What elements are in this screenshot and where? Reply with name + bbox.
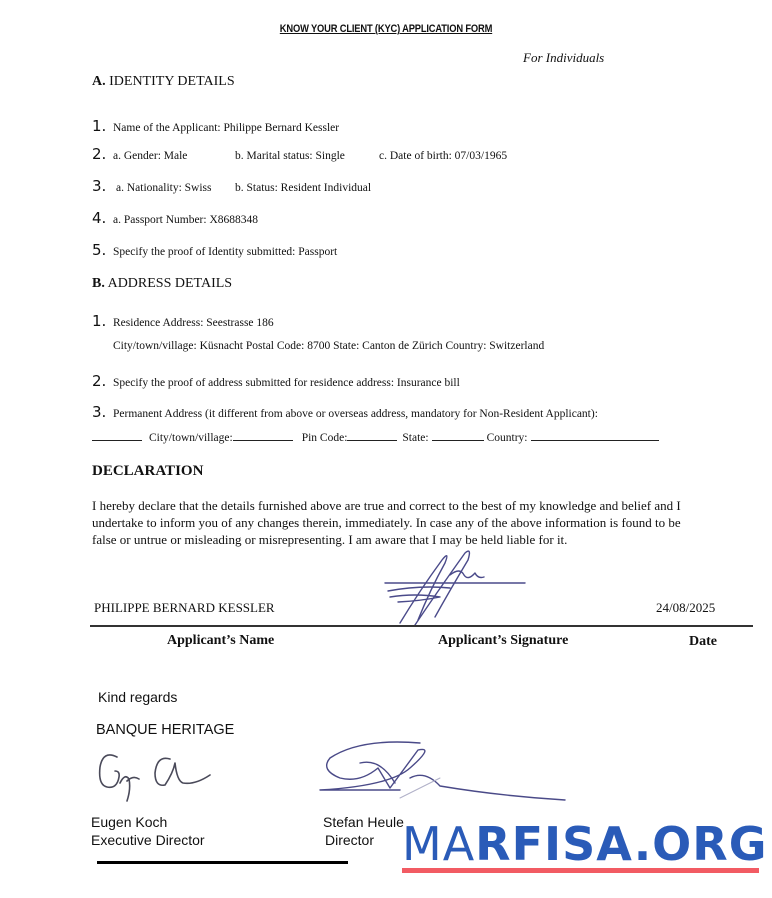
section-a-heading: A. IDENTITY DETAILS [92, 74, 235, 90]
status-field: b. Status: Resident Individual [235, 182, 371, 194]
form-subtitle: For Individuals [523, 50, 604, 66]
address-item-proof: 2. Specify the proof of address submitte… [92, 372, 460, 390]
address-item-residence: 1. Residence Address: Seestrasse 186 [92, 312, 274, 330]
item-number: 3. [92, 403, 113, 421]
marfisa-watermark-logo: MARFISA.ORG [402, 815, 767, 873]
state-label: State: [402, 432, 428, 444]
logo-underline [402, 868, 759, 873]
logo-text-tail: .ORG [634, 817, 768, 871]
section-b-title: ADDRESS DETAILS [108, 276, 233, 291]
address-proof-field: Specify the proof of address submitted f… [113, 377, 460, 389]
marital-status-field: b. Marital status: Single [235, 150, 379, 162]
permanent-address-label: Permanent Address (it different from abo… [113, 408, 598, 420]
signatory-2-title: Director [325, 832, 374, 848]
closing-salutation: Kind regards [98, 689, 177, 705]
signature-date-value: 24/08/2025 [656, 600, 715, 616]
address-item-permanent: 3. Permanent Address (it different from … [92, 403, 598, 421]
signatory-2-name: Stefan Heule [323, 814, 404, 830]
gender-field: a. Gender: Male [113, 150, 235, 162]
signature-divider [90, 625, 753, 627]
identity-item-proof: 5. Specify the proof of Identity submitt… [92, 241, 337, 259]
form-title: KNOW YOUR CLIENT (KYC) APPLICATION FORM [58, 23, 714, 35]
passport-number-field: a. Passport Number: X8688348 [113, 214, 258, 226]
item-number: 2. [92, 145, 113, 163]
item-number: 4. [92, 209, 113, 227]
signatory-1-title: Executive Director [91, 832, 205, 848]
executive-director-signature [95, 745, 225, 805]
declaration-text: I hereby declare that the details furnis… [92, 497, 682, 548]
declaration-heading: DECLARATION [92, 463, 203, 480]
applicant-name-field: Name of the Applicant: Philippe Bernard … [113, 122, 339, 134]
state-blank[interactable] [432, 439, 484, 441]
identity-item-name: 1. Name of the Applicant: Philippe Berna… [92, 117, 339, 135]
applicant-name-caption: Applicant’s Name [167, 633, 274, 649]
address-line-blank[interactable] [92, 439, 142, 441]
logo-text-thin: MA [402, 817, 475, 871]
identity-item-nationality: 3. a. Nationality: Swiss b. Status: Resi… [92, 177, 371, 195]
city-blank[interactable] [233, 439, 293, 441]
country-label: Country: [487, 432, 528, 444]
director-signature [300, 738, 570, 808]
pin-code-blank[interactable] [347, 439, 397, 441]
item-number: 2. [92, 372, 113, 390]
identity-item-passport: 4. a. Passport Number: X8688348 [92, 209, 258, 227]
closing-rule [97, 861, 348, 864]
identity-item-personal: 2. a. Gender: Male b. Marital status: Si… [92, 145, 507, 163]
city-label: City/town/village: [149, 432, 233, 444]
section-b-heading: B. ADDRESS DETAILS [92, 276, 232, 292]
country-blank[interactable] [531, 439, 659, 441]
address-item-city: City/town/village: Küsnacht Postal Code:… [92, 340, 544, 352]
residence-address-field: Residence Address: Seestrasse 186 [113, 317, 274, 329]
date-caption: Date [689, 634, 717, 650]
bank-name: BANQUE HERITAGE [96, 722, 234, 738]
item-number: 3. [92, 177, 116, 195]
applicant-name-value: PHILIPPE BERNARD KESSLER [94, 600, 275, 616]
item-number: 1. [92, 312, 113, 330]
applicant-signature-caption: Applicant’s Signature [438, 633, 568, 649]
section-b-letter: B. [92, 276, 105, 291]
city-postal-state-country-field: City/town/village: Küsnacht Postal Code:… [113, 340, 544, 352]
nationality-field: a. Nationality: Swiss [116, 182, 235, 194]
section-a-title: IDENTITY DETAILS [109, 74, 235, 89]
pin-code-label: Pin Code: [302, 432, 348, 444]
permanent-address-blanks: City/town/village: Pin Code: State: Coun… [92, 432, 662, 444]
item-number: 1. [92, 117, 113, 135]
date-of-birth-field: c. Date of birth: 07/03/1965 [379, 150, 507, 162]
identity-proof-field: Specify the proof of Identity submitted:… [113, 246, 337, 258]
signatory-1-name: Eugen Koch [91, 814, 167, 830]
applicant-signature [380, 545, 530, 630]
item-number: 5. [92, 241, 113, 259]
logo-text-bold: RFISA [475, 817, 634, 871]
section-a-letter: A. [92, 74, 106, 89]
